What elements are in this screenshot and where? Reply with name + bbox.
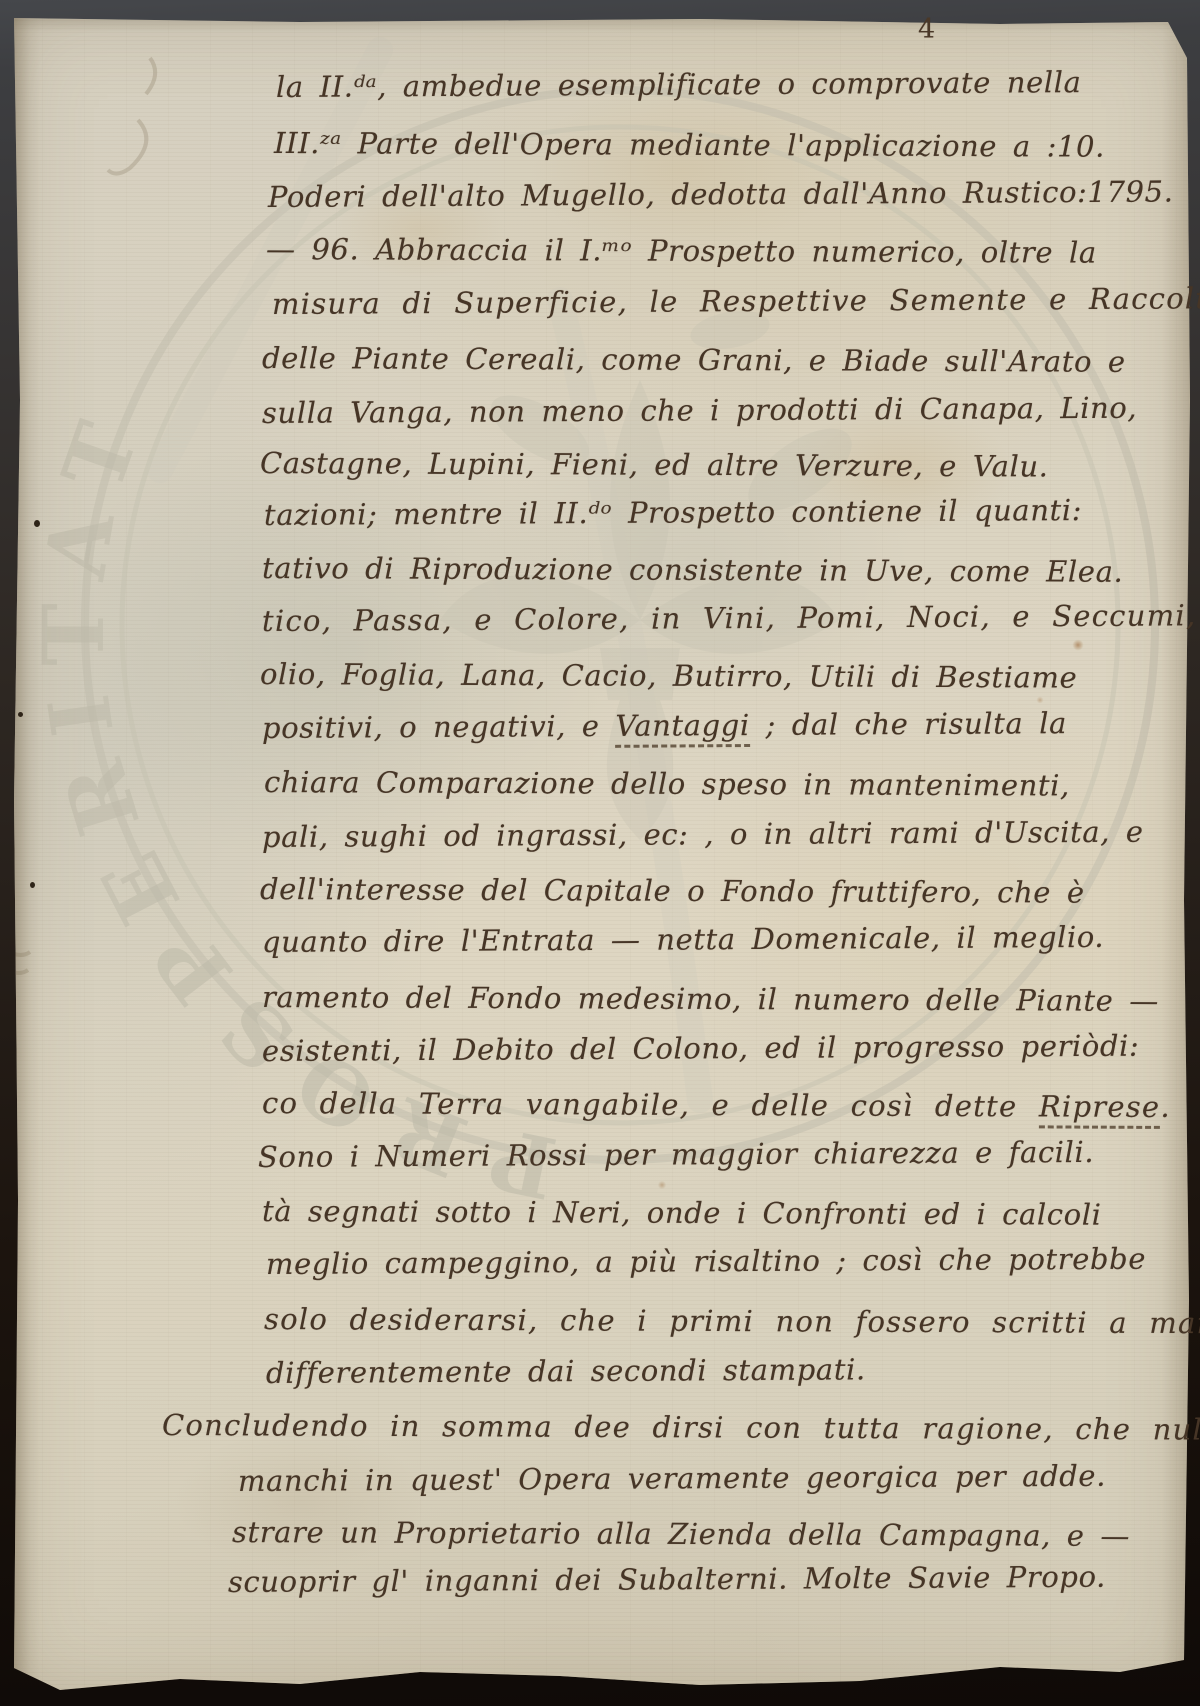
manuscript-line-7: sulla Vanga, non meno che i prodotti di … xyxy=(262,391,1137,430)
manuscript-line-8: Castagne, Lupini, Fieni, ed altre Verzur… xyxy=(260,446,1049,483)
manuscript-line-28: strare un Proprietario alla Zienda della… xyxy=(232,1515,1130,1553)
manuscript-line-26: Concludendo in somma dee dirsi con tutta… xyxy=(162,1408,1200,1447)
manuscript-line-16: dell'interesse del Capitale o Fondo frut… xyxy=(260,872,1085,910)
manuscript-line-27: manchi in quest' Opera veramente georgic… xyxy=(238,1459,1106,1498)
dashed-underline: Riprese xyxy=(1039,1089,1161,1129)
manuscript-line-20: co della Terra vangabile, e delle così d… xyxy=(262,1086,1171,1124)
manuscript-line-3: Poderi dell'alto Mugello, dedotta dall'A… xyxy=(268,174,1174,214)
manuscript-line-18: ramento del Fondo medesimo, il numero de… xyxy=(262,980,1159,1018)
manuscript-line-23: meglio campeggino, a più risaltino ; cos… xyxy=(266,1242,1146,1281)
manuscript-line-15: pali, sughi od ingrassi, ec: , o in altr… xyxy=(262,815,1144,854)
manuscript-line-21: Sono i Numeri Rossi per maggior chiarezz… xyxy=(258,1135,1094,1174)
manuscript-line-22: tà segnati sotto i Neri, onde i Confront… xyxy=(262,1194,1102,1232)
manuscript-line-25: differentemente dai secondi stampati. xyxy=(266,1352,866,1390)
handwritten-text-block: la II.ᵈᵃ, ambedue esemplificate o compro… xyxy=(0,0,1200,1706)
manuscript-line-19: esistenti, il Debito del Colono, ed il p… xyxy=(262,1029,1140,1068)
manuscript-line-1: la II.ᵈᵃ, ambedue esemplificate o compro… xyxy=(276,65,1082,104)
manuscript-line-9: tazioni; mentre il II.ᵈᵒ Prospetto conti… xyxy=(264,493,1082,532)
manuscript-scan: PROSPERITAT xyxy=(0,0,1200,1706)
manuscript-line-14: chiara Comparazione dello speso in mante… xyxy=(264,765,1070,803)
manuscript-line-4: — 96. Abbraccia il I.ᵐᵒ Prospetto numeri… xyxy=(266,232,1097,270)
manuscript-line-2: III.ᶻᵃ Parte dell'Opera mediante l'appli… xyxy=(274,126,1105,164)
manuscript-line-11: tico, Passa, e Colore, in Vini, Pomi, No… xyxy=(262,598,1200,638)
dashed-underline: Vantaggi xyxy=(615,708,750,748)
manuscript-line-10: tativo di Riproduzione consistente in Uv… xyxy=(262,551,1123,589)
manuscript-line-17: quanto dire l'Entrata — netta Domenicale… xyxy=(262,920,1104,959)
manuscript-line-24: solo desiderarsi, che i primi non fosser… xyxy=(264,1302,1200,1340)
manuscript-line-6: delle Piante Cereali, come Grani, e Biad… xyxy=(262,341,1126,379)
manuscript-line-5: misura di Superficie, le Respettive Seme… xyxy=(272,281,1200,321)
manuscript-line-13: positivi, o negativi, e Vantaggi ; dal c… xyxy=(262,706,1067,745)
manuscript-line-29: scuoprir gl' inganni dei Subalterni. Mol… xyxy=(228,1560,1106,1599)
manuscript-line-12: olio, Foglia, Lana, Cacio, Butirro, Util… xyxy=(260,657,1078,695)
